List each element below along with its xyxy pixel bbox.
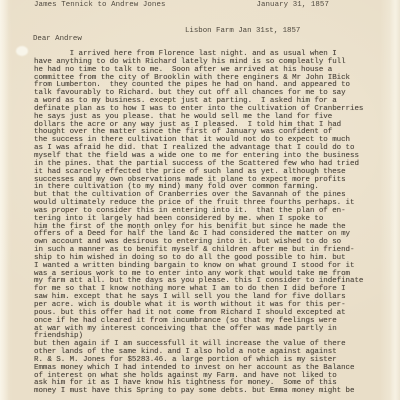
paper-edge-right <box>390 0 400 400</box>
archive-caption-sender: James Tennick to Andrew Jones <box>34 1 166 9</box>
scanned-letter-page: James Tennick to Andrew Jones January 31… <box>0 0 400 400</box>
archive-caption-date: January 31, 1857 <box>256 1 329 9</box>
paper-hole-spot <box>16 46 28 56</box>
letter-body: I arrived here from Florence last night.… <box>34 51 386 396</box>
letter-salutation: Dear Andrew <box>33 35 82 43</box>
paper-edge-left <box>0 0 9 400</box>
letter-line: at war with my interest conceiving that … <box>34 326 386 334</box>
letter-dateline: Lisbon Farm Jan 31st, 1857 <box>185 27 300 35</box>
archive-caption: James Tennick to Andrew Jones January 31… <box>34 1 374 9</box>
letter-line: money I must have this Spring to pay som… <box>34 388 386 396</box>
